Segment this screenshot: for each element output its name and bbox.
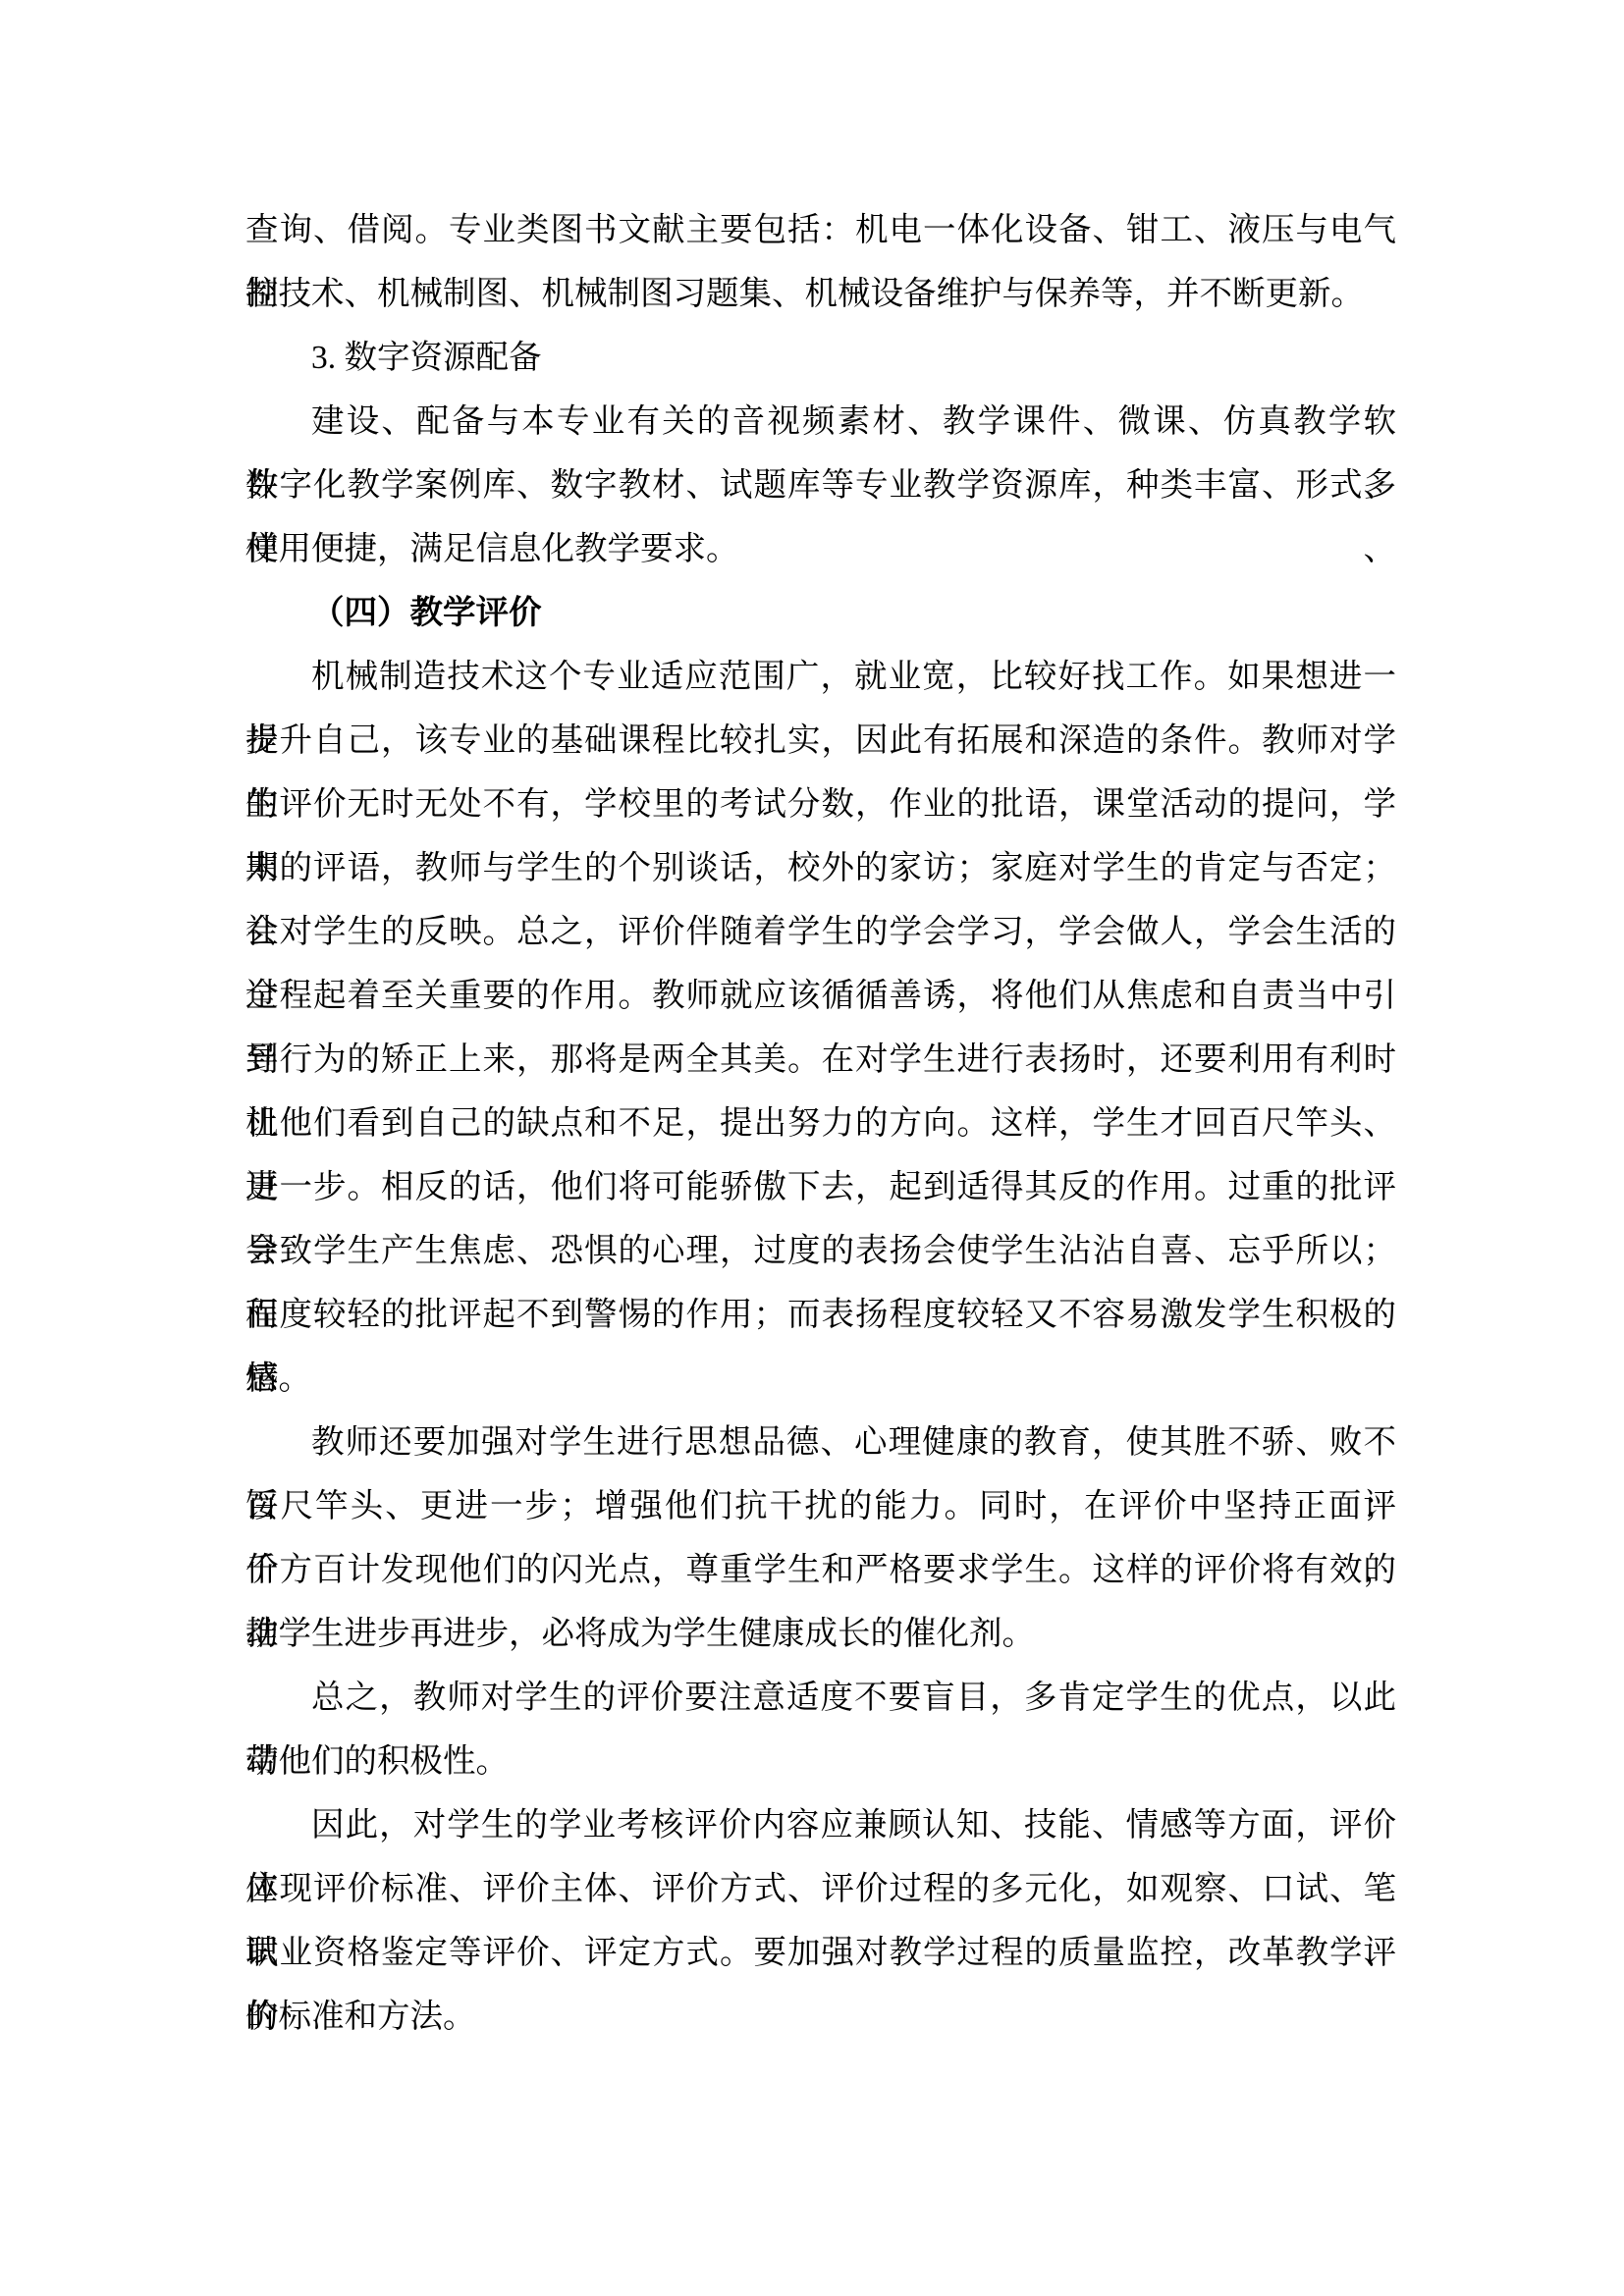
text-line: 机械制造技术这个专业适应范围广，就业宽，比较好找工作。如果想进一步 (245, 645, 1396, 709)
text-line: 3. 数字资源配备 (245, 326, 1396, 390)
text-line: 导致学生产生焦虑、恐惧的心理，过度的表扬会使学生沾沾自喜、忘乎所以；而 (245, 1219, 1396, 1283)
paragraph-2: 3. 数字资源配备 (245, 326, 1396, 390)
text-line: 的标准和方法。 (245, 1985, 1396, 2049)
text-line: 百尺竿头、更进一步；增强他们抗干扰的能力。同时，在评价中坚持正面评价， (245, 1474, 1396, 1538)
text-line: 进一步。相反的话，他们将可能骄傲下去，起到适得其反的作用。过重的批评会 (245, 1155, 1396, 1219)
paragraph-4: （四）教学评价 (245, 581, 1396, 645)
text-line: 因此，对学生的学业考核评价内容应兼顾认知、技能、情感等方面，评价应 (245, 1793, 1396, 1857)
paragraph-1: 查询、借阅。专业类图书文献主要包括：机电一体化设备、钳工、液压与电气控制技术、机… (245, 198, 1396, 326)
text-line: 让他们看到自己的缺点和不足，提出努力的方向。这样，学生才回百尺竿头、更 (245, 1092, 1396, 1155)
text-line: 教师还要加强对学生进行思想品德、心理健康的教育，使其胜不骄、败不馁； (245, 1411, 1396, 1474)
paragraph-8: 因此，对学生的学业考核评价内容应兼顾认知、技能、情感等方面，评价应体现评价标准、… (245, 1793, 1396, 2049)
document-page: 查询、借阅。专业类图书文献主要包括：机电一体化设备、钳工、液压与电气控制技术、机… (0, 0, 1624, 2296)
text-line: 动学生进步再进步，必将成为学生健康成长的催化剂。 (245, 1602, 1396, 1666)
text-line: 动他们的积极性。 (245, 1730, 1396, 1793)
text-line: 总之，教师对学生的评价要注意适度不要盲目，多肯定学生的优点，以此带 (245, 1666, 1396, 1730)
paragraph-5: 机械制造技术这个专业适应范围广，就业宽，比较好找工作。如果想进一步提升自己，该专… (245, 645, 1396, 1411)
text-line: 提升自己，该专业的基础课程比较扎实，因此有拓展和深造的条件。教师对学生 (245, 709, 1396, 773)
text-line: 的评价无时无处不有，学校里的考试分数，作业的批语，课堂活动的提问，学期 (245, 773, 1396, 836)
text-line: 感。 (245, 1347, 1396, 1411)
text-line: 千方百计发现他们的闪光点，尊重学生和严格要求学生。这样的评价将有效的推 (245, 1538, 1396, 1602)
paragraph-7: 总之，教师对学生的评价要注意适度不要盲目，多肯定学生的优点，以此带动他们的积极性… (245, 1666, 1396, 1793)
text-line: 职业资格鉴定等评价、评定方式。要加强对教学过程的质量监控，改革教学评价 (245, 1921, 1396, 1985)
text-block: 查询、借阅。专业类图书文献主要包括：机电一体化设备、钳工、液压与电气控制技术、机… (245, 198, 1396, 2049)
text-line: 制技术、机械制图、机械制图习题集、机械设备维护与保养等，并不断更新。 (245, 262, 1396, 326)
text-line: 末的评语，教师与学生的个别谈话，校外的家访；家庭对学生的肯定与否定；社 (245, 836, 1396, 900)
text-line: 过程起着至关重要的作用。教师就应该循循善诱，将他们从焦虑和自责当中引导 (245, 964, 1396, 1028)
text-line: 会对学生的反映。总之，评价伴随着学生的学会学习，学会做人，学会生活的全 (245, 900, 1396, 964)
text-line: 到行为的矫正上来，那将是两全其美。在对学生进行表扬时，还要利用有利时机 (245, 1028, 1396, 1092)
text-line: （四）教学评价 (245, 581, 1396, 645)
paragraph-6: 教师还要加强对学生进行思想品德、心理健康的教育，使其胜不骄、败不馁；百尺竿头、更… (245, 1411, 1396, 1666)
text-line: 查询、借阅。专业类图书文献主要包括：机电一体化设备、钳工、液压与电气控 (245, 198, 1396, 262)
text-line: 程度较轻的批评起不到警惕的作用；而表扬程度较轻又不容易激发学生积极的情 (245, 1283, 1396, 1347)
text-line: 数字化教学案例库、数字教材、试题库等专业教学资源库，种类丰富、形式多样、 (245, 454, 1396, 517)
text-line: 建设、配备与本专业有关的音视频素材、教学课件、微课、仿真教学软件、 (245, 390, 1396, 454)
text-line: 体现评价标准、评价主体、评价方式、评价过程的多元化，如观察、口试、笔试、 (245, 1857, 1396, 1921)
paragraph-3: 建设、配备与本专业有关的音视频素材、教学课件、微课、仿真教学软件、数字化教学案例… (245, 390, 1396, 581)
